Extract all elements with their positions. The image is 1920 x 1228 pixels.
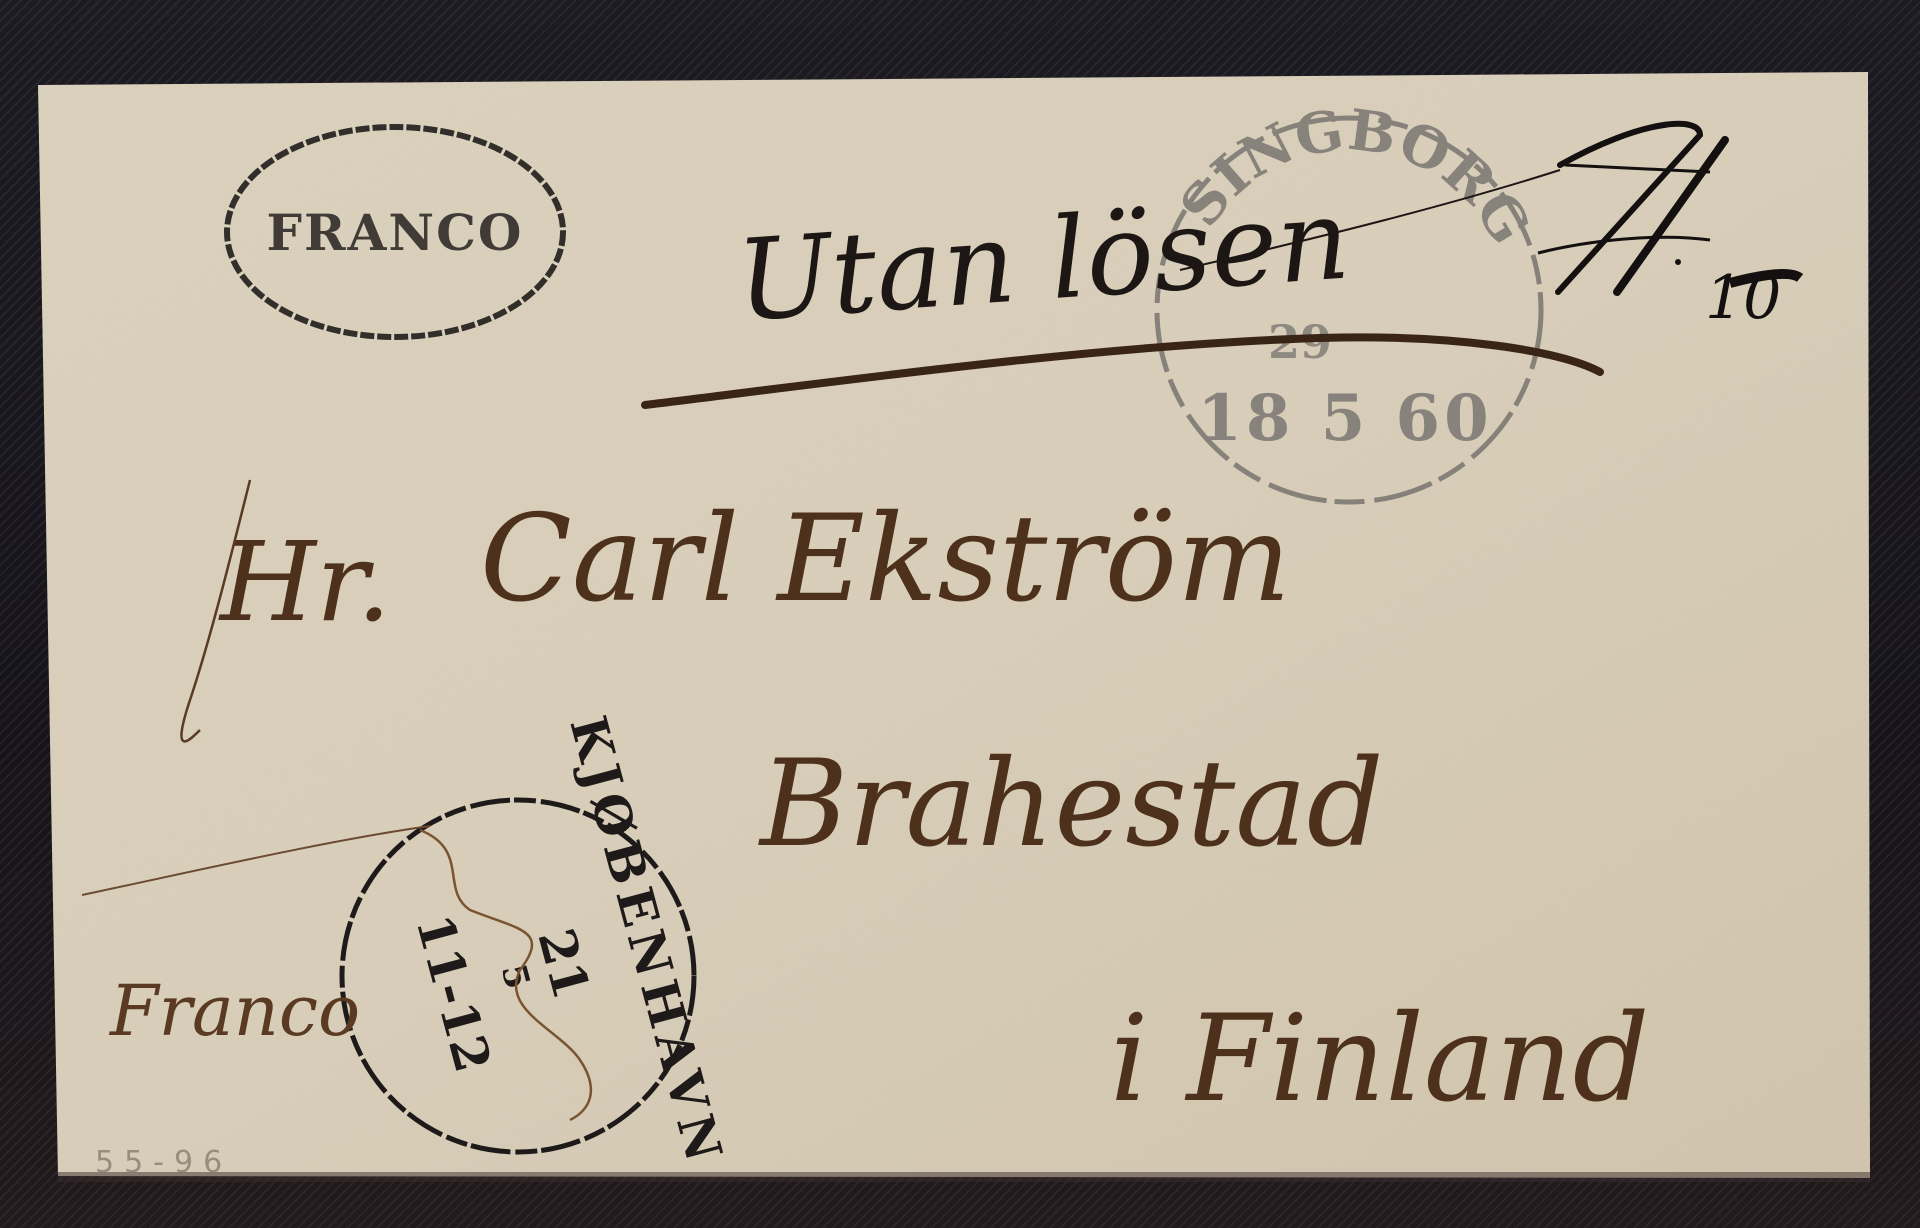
address-town: Brahestad xyxy=(758,735,1384,874)
pencil-note: 55-96 xyxy=(95,1145,232,1180)
address-salutation: Hr. xyxy=(218,518,391,646)
franco-manuscript: Franco xyxy=(108,970,360,1052)
postal-cover: FRANCO SINGBORG 29 18 5 60 KJØBENHAVN 21… xyxy=(0,0,1920,1228)
photo-scene: FRANCO SINGBORG 29 18 5 60 KJØBENHAVN 21… xyxy=(0,0,1920,1228)
franco-stamp-text: FRANCO xyxy=(267,203,524,262)
address-country: i Finland xyxy=(1110,990,1649,1129)
address-name: Carl Ekström xyxy=(480,490,1291,629)
helsingborg-date: 18 5 60 xyxy=(1197,381,1492,456)
